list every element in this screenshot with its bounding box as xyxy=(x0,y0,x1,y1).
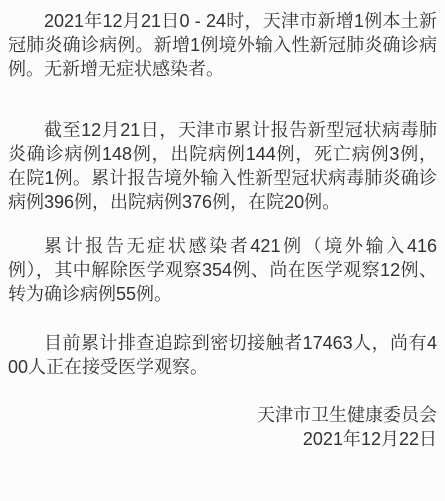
paragraph-asymptomatic-cases: 累计报告无症状感染者421例（境外输入416例），其中解除医学观察354例、尚在… xyxy=(8,234,437,306)
signature-date: 2021年12月22日 xyxy=(8,427,437,451)
announcement-body: 2021年12月21日0 - 24时，天津市新增1例本土新冠肺炎确诊病例。新增1… xyxy=(0,0,445,451)
paragraph-close-contacts: 目前累计排查追踪到密切接触者17463人，尚有400人正在接受医学观察。 xyxy=(8,331,437,379)
announcement-page: 2021年12月21日0 - 24时，天津市新增1例本土新冠肺炎确诊病例。新增1… xyxy=(0,0,445,501)
signature-organization: 天津市卫生健康委员会 xyxy=(8,403,437,427)
paragraph-cumulative-confirmed: 截至12月21日，天津市累计报告新型冠状病毒肺炎确诊病例148例，出院病例144… xyxy=(8,118,437,214)
signature-block: 天津市卫生健康委员会 2021年12月22日 xyxy=(8,403,437,451)
paragraph-daily-new-cases: 2021年12月21日0 - 24时，天津市新增1例本土新冠肺炎确诊病例。新增1… xyxy=(8,9,437,81)
